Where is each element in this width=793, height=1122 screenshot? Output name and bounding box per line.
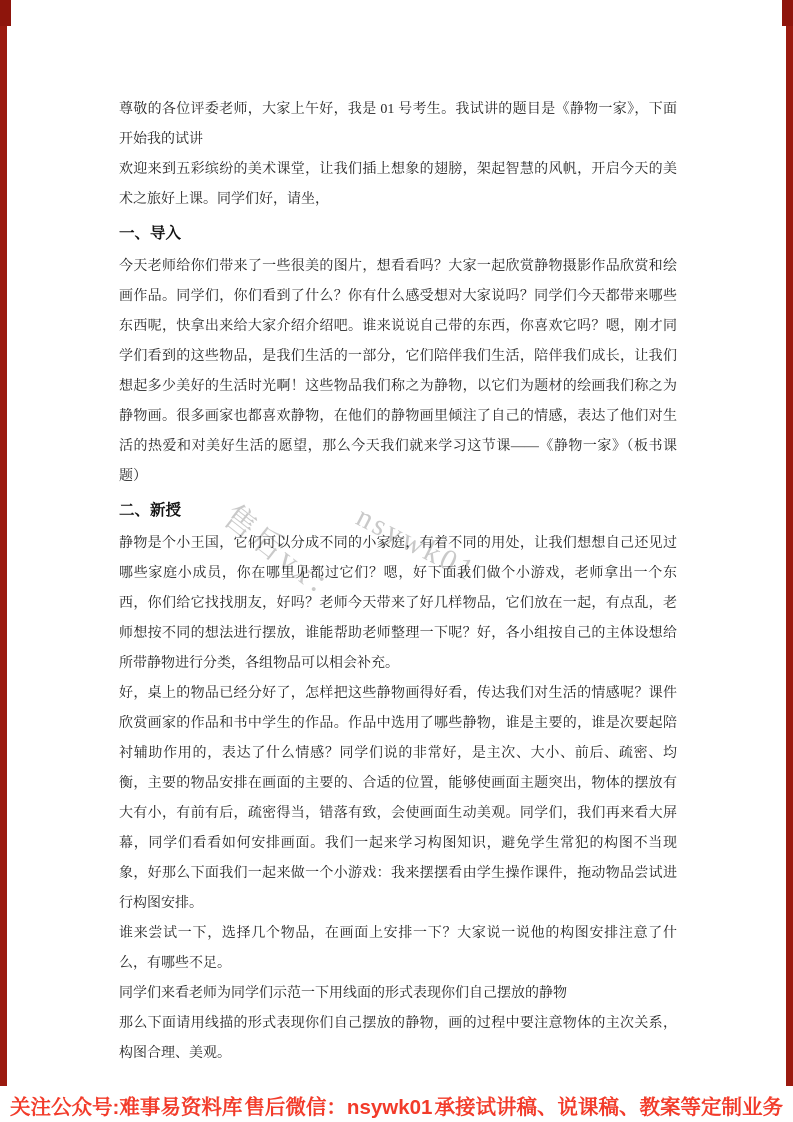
footer-official-account: 关注公众号:难事易资料库 [10,1090,242,1120]
footer-services: 承接试讲稿、说课稿、教案等定制业务 [435,1090,784,1120]
right-edge-red-bar [786,0,793,1086]
footer-wechat-contact: 售后微信：nsywk01 [244,1090,432,1120]
section-heading-new-lesson: 二、新授 [119,496,677,526]
document-page: 尊敬的各位评委老师，大家上午好，我是 01 号考生。我试讲的题目是《静物一家》，… [119,95,677,1069]
paragraph-intro-content: 今天老师给你们带来了一些很美的图片，想看看吗？大家一起欣赏静物摄影作品欣赏和绘画… [119,252,677,492]
left-edge-red-bar [0,0,7,1086]
paragraph-greeting: 尊敬的各位评委老师，大家上午好，我是 01 号考生。我试讲的题目是《静物一家》，… [119,95,677,155]
section-heading-intro: 一、导入 [119,219,677,249]
top-right-corner-mark [782,0,793,26]
top-left-corner-mark [0,0,11,26]
paragraph-student-try: 谁来尝试一下，选择几个物品，在画面上安排一下？大家说一说他的构图安排注意了什么，… [119,919,677,979]
paragraph-composition: 好，桌上的物品已经分好了，怎样把这些静物画得好看，传达我们对生活的情感呢？课件欣… [119,679,677,919]
paragraph-line-drawing-task: 那么下面请用线描的形式表现你们自己摆放的静物，画的过程中要注意物体的主次关系，构… [119,1009,677,1069]
paragraph-teacher-demo: 同学们来看老师为同学们示范一下用线面的形式表现你们自己摆放的静物 [119,979,677,1009]
paragraph-still-life-kingdom: 静物是个小王国，它们可以分成不同的小家庭，有着不同的用处，让我们想想自己还见过哪… [119,529,677,679]
promo-footer: 关注公众号:难事易资料库 售后微信：nsywk01 承接试讲稿、说课稿、教案等定… [0,1087,793,1122]
paragraph-welcome: 欢迎来到五彩缤纷的美术课堂，让我们插上想象的翅膀，架起智慧的风帆，开启今天的美术… [119,155,677,215]
